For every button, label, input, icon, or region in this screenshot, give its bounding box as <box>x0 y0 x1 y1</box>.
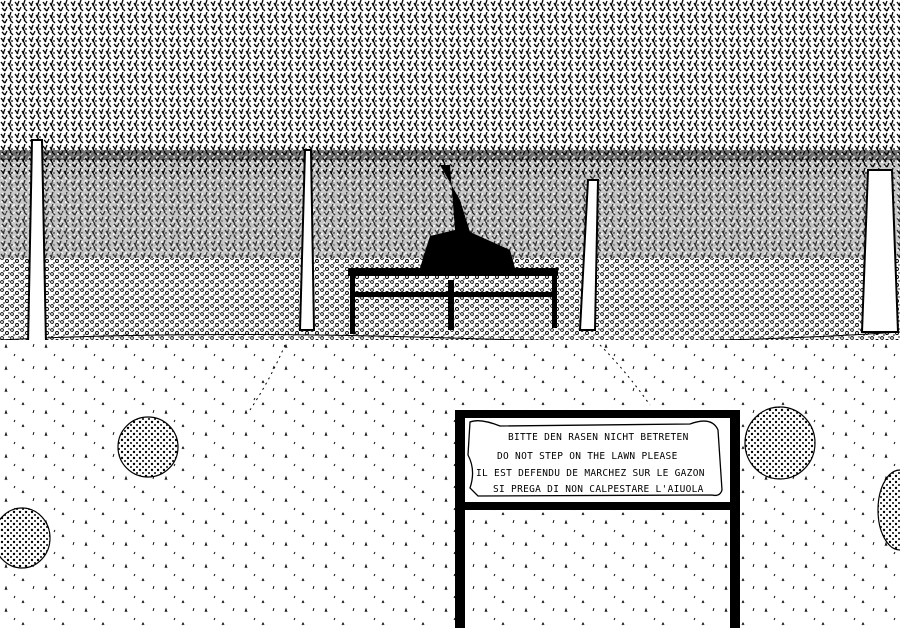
park-illustration: BITTE DEN RASEN NICHT BETRETEN DO NOT ST… <box>0 0 900 628</box>
lawn <box>0 340 900 628</box>
tree-canopy <box>0 0 900 260</box>
sign-line-german: BITTE DEN RASEN NICHT BETRETEN <box>508 432 689 443</box>
sign-line-english: DO NOT STEP ON THE LAWN PLEASE <box>497 451 678 462</box>
sign-line-italian: SI PREGA DI NON CALPESTARE L'AIUOLA <box>493 484 704 495</box>
sign-line-french: IL EST DEFENDU DE MARCHEZ SUR LE GAZON <box>476 468 705 479</box>
